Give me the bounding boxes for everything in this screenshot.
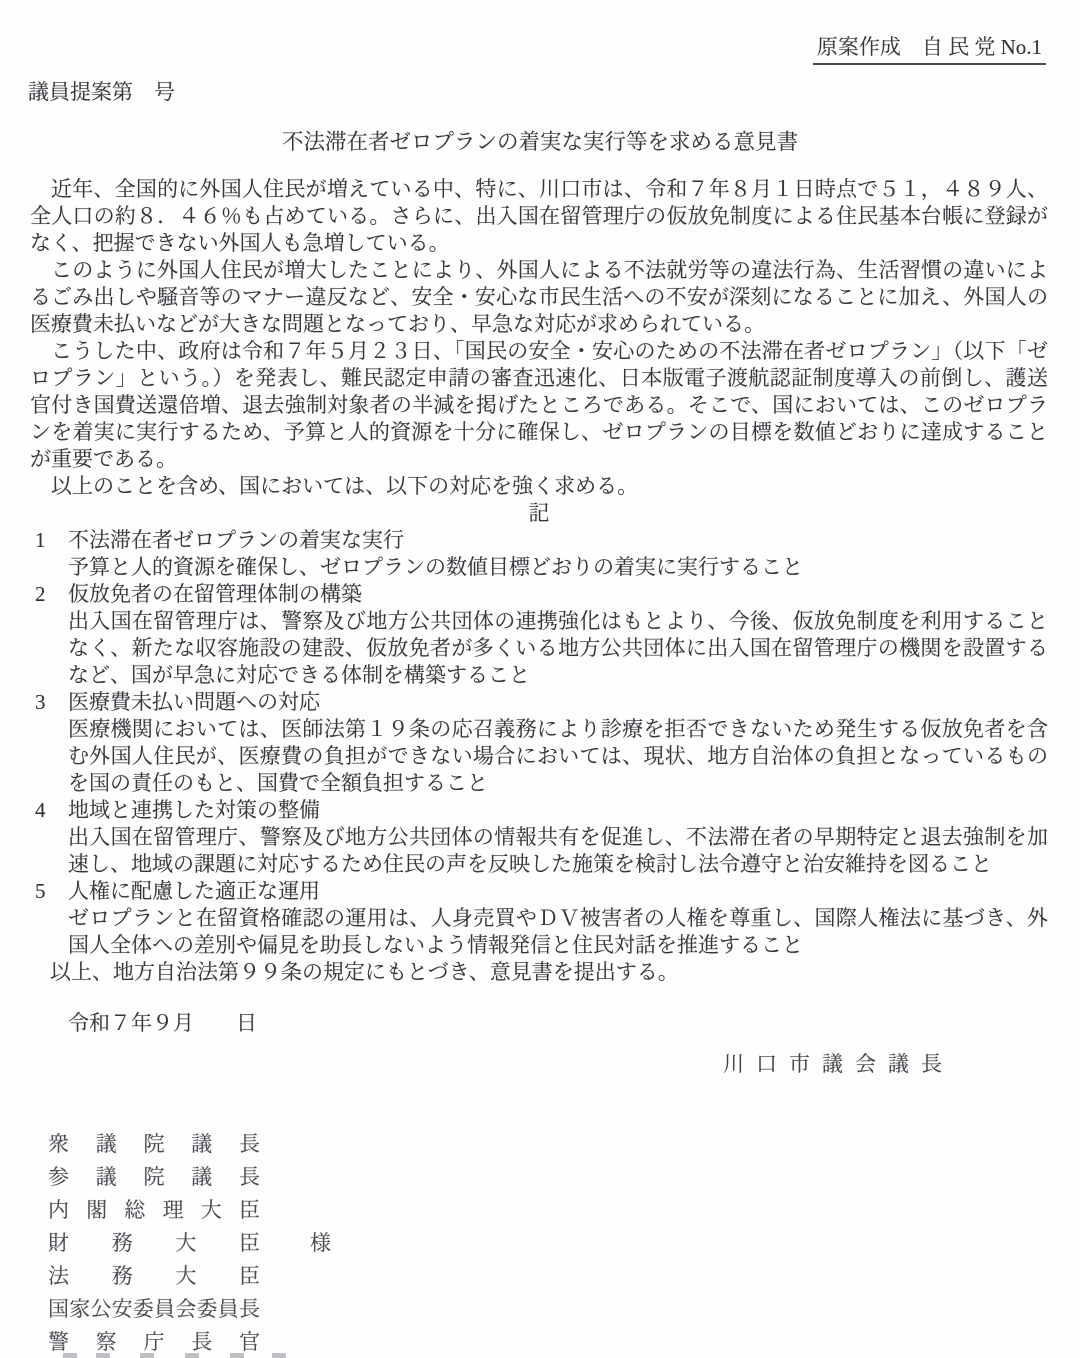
clipped-character-top [230,1353,244,1358]
draft-credit-text: 原案作成 自 民 党 No.1 [813,34,1046,65]
clipped-character-top [140,1353,154,1358]
paragraph: こうした中、政府は令和７年５月２３日、「国民の安全・安心のための不法滞在者ゼロプ… [30,338,1048,473]
addressee-row: 参議院議長 [48,1161,1080,1194]
draft-credit-line: 原案作成 自 民 党 No.1 [0,0,1080,65]
clipped-character-top [63,1353,77,1358]
item-heading: 医療費未払い問題への対応 [68,689,1048,716]
item-heading: 不法滞在者ゼロプランの着実な実行 [68,527,1048,554]
item-content: 地域と連携した対策の整備 出入国在留管理庁、警察及び地方公共団体の情報共有を促進… [68,797,1048,878]
item-heading: 地域と連携した対策の整備 [68,797,1048,824]
item-body: 出入国在留管理庁は、警察及び地方公共団体の連携強化はもとより、今後、仮放免制度を… [68,608,1048,689]
clipped-character-top [96,1353,110,1358]
addressee-name: 国家公安委員会委員長 [48,1293,260,1326]
paragraph: 近年、全国的に外国人住民が増えている中、特に、川口市は、令和７年８月１日時点で５… [30,176,1048,257]
demand-item: 5 人権に配慮した適正な運用 ゼロプランと在留資格確認の運用は、人身売買やＤＶ被… [30,878,1048,959]
addressee-name: 財務大臣 [48,1227,260,1260]
item-number: 4 [30,797,68,878]
demand-item: 3 医療費未払い問題への対応 医療機関においては、医師法第１９条の応召義務により… [30,689,1048,797]
item-number: 5 [30,878,68,959]
item-content: 仮放免者の在留管理体制の構築 出入国在留管理庁は、警察及び地方公共団体の連携強化… [68,581,1048,689]
addressee-row: 衆議院議長 [48,1128,1080,1161]
paragraph: このように外国人住民が増大したことにより、外国人による不法就労等の違法行為、生活… [30,257,1048,338]
addressee-row: 内閣総理大臣 [48,1194,1080,1227]
item-heading: 人権に配慮した適正な運用 [68,878,1048,905]
item-number: 1 [30,527,68,581]
clipped-character-top [185,1353,199,1358]
clipped-next-line-fragments [0,1351,1080,1358]
demand-item: 4 地域と連携した対策の整備 出入国在留管理庁、警察及び地方公共団体の情報共有を… [30,797,1048,878]
addressee-name: 衆議院議長 [48,1128,260,1161]
item-body: ゼロプランと在留資格確認の運用は、人身売買やＤＶ被害者の人権を尊重し、国際人権法… [68,905,1048,959]
item-content: 人権に配慮した適正な運用 ゼロプランと在留資格確認の運用は、人身売買やＤＶ被害者… [68,878,1048,959]
date-line: 令和７年９月 日 [0,1010,1080,1037]
demand-item: 2 仮放免者の在留管理体制の構築 出入国在留管理庁は、警察及び地方公共団体の連携… [30,581,1048,689]
item-number: 3 [30,689,68,797]
addressee-row: 財務大臣様 [48,1227,1080,1260]
scanned-document-page: 原案作成 自 民 党 No.1 議員提案第 号 不法滞在者ゼロプランの着実な実行… [0,0,1080,1358]
addressee-list: 衆議院議長 参議院議長 内閣総理大臣 財務大臣様 法務大臣 国家公安委員会委員長… [0,1128,1080,1358]
signer-kawaguchi-council-chair: 川口市議会議長 [0,1051,1080,1078]
addressee-honorific: 様 [310,1227,331,1260]
addressee-row: 法務大臣 [48,1260,1080,1293]
item-body: 出入国在留管理庁、警察及び地方公共団体の情報共有を促進し、不法滞在者の早期特定と… [68,824,1048,878]
item-content: 不法滞在者ゼロプランの着実な実行 予算と人的資源を確保し、ゼロプランの数値目標ど… [68,527,1048,581]
addressee-name: 参議院議長 [48,1161,260,1194]
clipped-character-top [272,1353,286,1358]
item-number: 2 [30,581,68,689]
item-body: 医療機関においては、医師法第１９条の応召義務により診療を拒否できないため発生する… [68,716,1048,797]
addressee-row: 国家公安委員会委員長 [48,1293,1080,1326]
document-title: 不法滞在者ゼロプランの着実な実行等を求める意見書 [0,129,1080,156]
proposal-number-line: 議員提案第 号 [0,79,1080,105]
item-body: 予算と人的資源を確保し、ゼロプランの数値目標どおりの着実に実行すること [68,554,1048,581]
demand-item: 1 不法滞在者ゼロプランの着実な実行 予算と人的資源を確保し、ゼロプランの数値目… [30,527,1048,581]
item-heading: 仮放免者の在留管理体制の構築 [68,581,1048,608]
item-content: 医療費未払い問題への対応 医療機関においては、医師法第１９条の応召義務により診療… [68,689,1048,797]
addressee-name: 法務大臣 [48,1260,260,1293]
ki-marker: 記 [30,500,1048,527]
document-body: 近年、全国的に外国人住民が増えている中、特に、川口市は、令和７年８月１日時点で５… [30,176,1048,986]
closing-statement: 以上、地方自治法第９９条の規定にもとづき、意見書を提出する。 [30,959,1048,986]
addressee-name: 内閣総理大臣 [48,1194,260,1227]
demand-intro: 以上のことを含め、国においては、以下の対応を強く求める。 [30,473,1048,500]
